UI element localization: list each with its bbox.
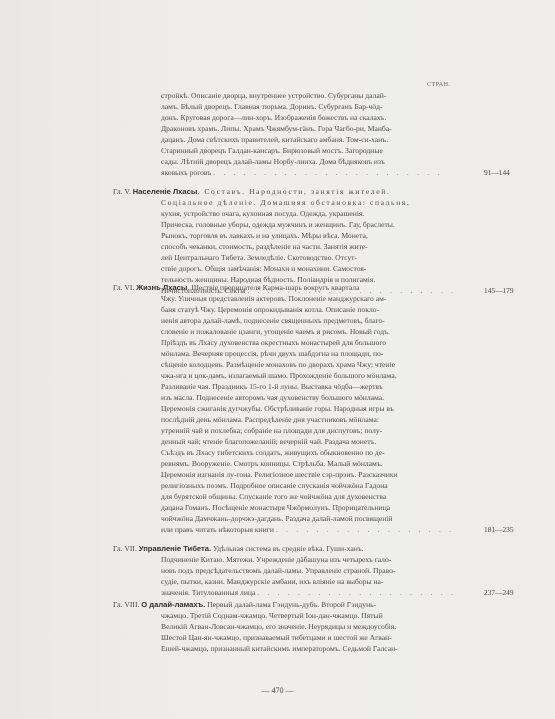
entry-line: Подчиненіе Китаю. Мятежи. Учрежденіе дäб… [161, 555, 481, 565]
page-range: 237—249 [484, 588, 514, 597]
entry-line: ствіе дорогъ. Общія замѣчанія: Монахи и … [161, 264, 481, 274]
entry-line: чойчжöна Дамчжань-дорчжэ-дагдань. Раздач… [161, 514, 481, 524]
entry-line: чжамцо. Третій Соднам-чжамцо. Четвертый … [161, 611, 481, 621]
entry-line: Старинный дворецъ Галдан-кансаръ. Бирюзо… [161, 146, 481, 156]
page-range: 91—144 [484, 168, 510, 177]
leader-dots: . . . . . . . . . . . . . . . . . . . . [257, 588, 456, 597]
entry-line: сѣщеніе колодцевъ. Размѣщеніе монаховъ п… [161, 360, 481, 370]
page-range: 145—179 [484, 286, 514, 295]
entry-line: баня статуѣ Чжу. Церемонія опрокидыванія… [161, 305, 481, 315]
entry-text: значенія. Титулованныя лица [161, 588, 255, 597]
entry-first-line: Гл. VI. Жизнь Лхасы. Шествіе прорицателя… [113, 283, 481, 293]
chapter-title: О далай-ламахъ. [141, 600, 205, 609]
chapter-title: Населеніе Лхасы [133, 187, 198, 196]
entry-line: дацанъ. Дома свѣтскихъ правителей, китай… [161, 135, 481, 145]
entry-line: Пріѣздъ въ Лхасу духовенства окрестныхъ … [161, 338, 481, 348]
entry-line: религіозныхъ поэмъ. Подробное описаніе с… [161, 481, 481, 491]
entry-line: для бурятской общины. Спусканіе того же … [161, 492, 481, 502]
entry-first-line: Гл. V. Населеніе Лхасы. Составъ. Народно… [113, 187, 481, 197]
entry-line: денный чай; чтеніе благопожеланій; вечер… [161, 437, 481, 447]
chapter-number: Гл. V. [113, 187, 131, 196]
page-column-label: СТРАН. [427, 82, 450, 88]
leader-dots: . . . . . . . . . . . . . . . . . . . . … [213, 168, 442, 177]
entry-line: кухня, устройство очага, кухонная посуда… [161, 209, 481, 219]
entry-line: дацана Гоманъ. Посѣщеніе монастыря Чжöрм… [161, 503, 481, 513]
entry-line: Шестой Цан-ян-чжамцо, признаваемый тибет… [161, 633, 481, 643]
entry-line: Ешей-чжамцо, признанный китайскимъ импер… [161, 644, 481, 654]
entry-line: ревнямъ. Вооруженіе. Смотръ конницы. Стр… [161, 459, 481, 469]
entry-line: изъ масла. Поднесеніе авторомъ чая духов… [161, 393, 481, 403]
entry-line: ненія автора далай-ламѣ, поднесеніе свящ… [161, 316, 481, 326]
entry-line: мöнлама. Вечерняя процессія, рѣчи двухъ … [161, 349, 481, 359]
chapter-number: Гл. VIII. [113, 600, 139, 609]
entry-text: Удѣльная система въ средніе вѣка. Гуши-х… [211, 544, 364, 553]
entry-line: Съѣздъ въ Лхасу тибетскихъ солдатъ, живу… [161, 448, 481, 458]
entry-line: новъ подъ предсѣдательствомъ далай-ламы.… [161, 566, 481, 576]
entry-first-line: Гл. VII. Управленіе Тибета. Удѣльная сис… [113, 544, 481, 554]
entry-line: словеніе и пожалованіе цзанги, угощеніе … [161, 327, 481, 337]
entry-line: донъ. Круговая дорога—лин-хоръ. Изображе… [161, 113, 481, 123]
entry-text: Первый далай-лама Гэндунь-дубъ. Второй Г… [205, 600, 376, 609]
entry-line-last: яковыхъ роговъ . . . . . . . . . . . . .… [161, 168, 481, 178]
document-page: СТРАН. стройкѣ. Описаніе дворца, внутрен… [0, 0, 555, 719]
page-number: — 470 — [0, 686, 555, 695]
entry-line: судіе, пытки, казни. Манджурскіе амбани,… [161, 577, 481, 587]
entry-line: Рынокъ, торговля въ лавкахъ и на улицахъ… [161, 231, 481, 241]
entry-line: способъ чеканки, стоимость, раздѣленіе н… [161, 242, 481, 252]
entry-line: Чжу. Уличныя представленія актеровъ. Пок… [161, 294, 481, 304]
entry-line: послѣдній день мöнлама. Распредѣленіе дн… [161, 415, 481, 425]
entry-line: чжа-нга и цок-дамъ, излагаемый шамо. Про… [161, 371, 481, 381]
entry-line: лей Центральнаго Тибета. Земледѣліе. Ско… [161, 253, 481, 263]
entry-line: Церемонія изгнанія лу-гона. Религіозное … [161, 470, 481, 480]
entry-line: ламъ. Бѣлый дворецъ. Главная тюрьма. Дор… [161, 102, 481, 112]
entry-line: Великій Агван-Ловсан-чжамцо, его значені… [161, 622, 481, 632]
entry-line: Соціальное дѣленіе. Домашняя обстановка:… [161, 198, 481, 208]
entry-line: утренній чай и похлебка; собраніе на пло… [161, 426, 481, 436]
entry-text: . Составъ. Народности, занятія жителей. [197, 187, 390, 196]
chapter-title: Управленіе Тибета. [139, 544, 211, 553]
page-range: 181—235 [484, 525, 514, 534]
entry-text: . Шествіе прорицателя Карма-шарь вокругъ… [187, 283, 359, 292]
entry-text: или правъ читать нѣкоторыя книги [161, 525, 274, 534]
entry-text: яковыхъ роговъ [161, 168, 211, 177]
entry-line: сады. Лѣтній дворецъ далай-ламы Норбу-ли… [161, 157, 481, 167]
entry-line: стройкѣ. Описаніе дворца, внутреннее уст… [161, 91, 481, 101]
chapter-number: Гл. VII. [113, 544, 137, 553]
entry-line: Разливаніе чая. Праздникъ 15-го 1-й луны… [161, 382, 481, 392]
leader-dots: . . . . . . . . . . . . . . . . . . [276, 525, 454, 534]
chapter-title: Жизнь Лхасы [136, 283, 187, 292]
entry-line: Церемонія сжиганія дугчжубы. Обстрѣливан… [161, 404, 481, 414]
chapter-number: Гл. VI. [113, 283, 134, 292]
entry-line: Драконовъ храмъ. Липы. Храмъ Чжямбум-гäн… [161, 124, 481, 134]
entry-line: Прическа, головные уборы, одежда мужчинъ… [161, 220, 481, 230]
entry-line-last: или правъ читать нѣкоторыя книги . . . .… [161, 525, 481, 535]
entry-line-last: значенія. Титулованныя лица . . . . . . … [161, 588, 481, 598]
entry-first-line: Гл. VIII. О далай-ламахъ. Первый далай-л… [113, 600, 481, 610]
